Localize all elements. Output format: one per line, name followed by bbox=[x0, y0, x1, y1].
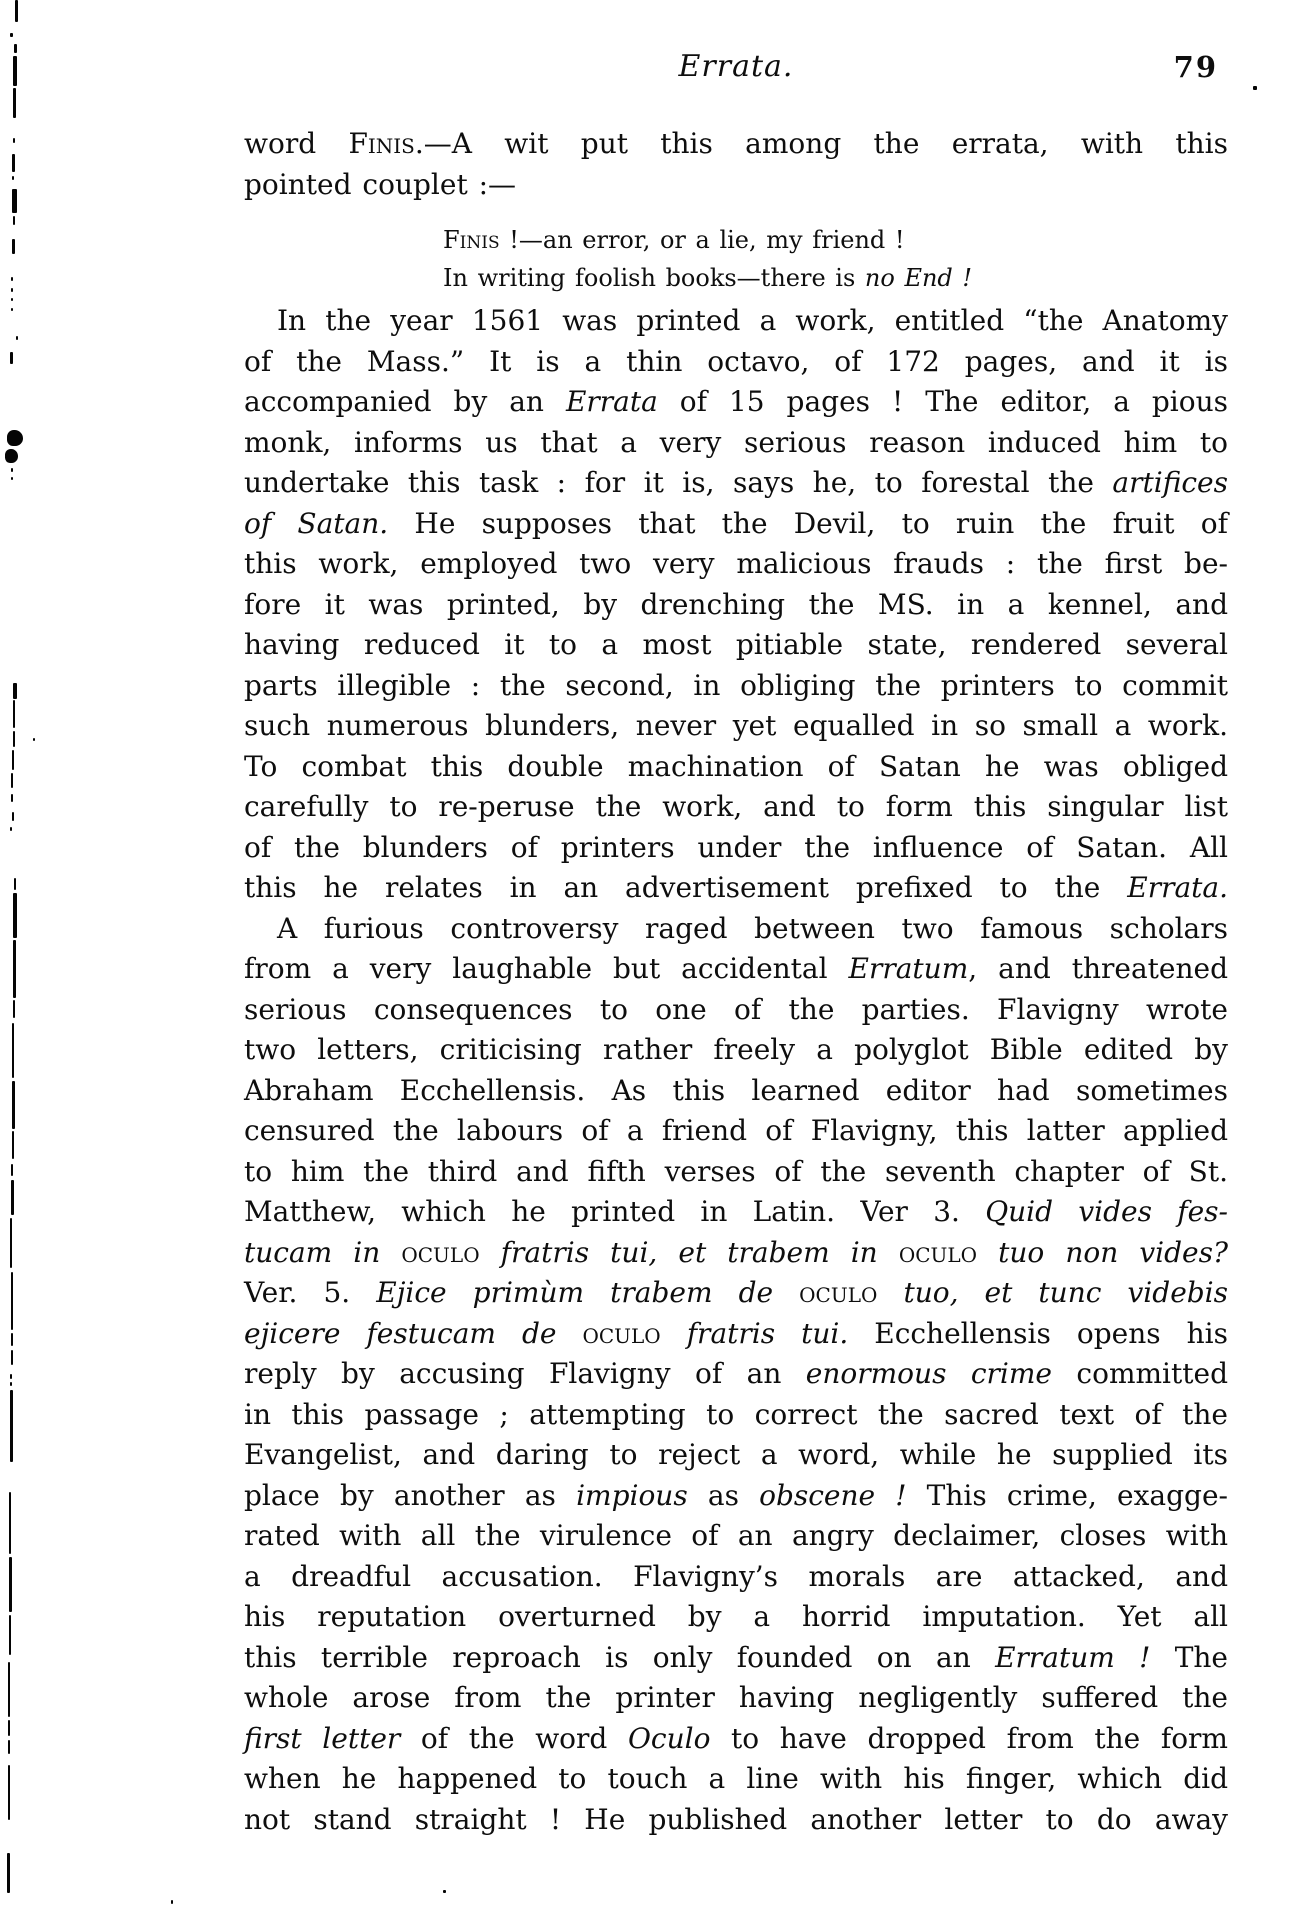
small-caps-run: oculo bbox=[582, 1317, 660, 1350]
scan-line-artifact bbox=[10, 1218, 12, 1268]
scan-line-artifact bbox=[13, 700, 15, 728]
text-line: when he happened to touch a line with hi… bbox=[244, 1759, 1228, 1800]
text-run: as bbox=[688, 1479, 759, 1512]
text-run: this work, employed two very malicious f… bbox=[244, 547, 1228, 580]
italic-run: first letter bbox=[244, 1722, 400, 1755]
text-run: Matthew, which he printed in Latin. Ver … bbox=[244, 1195, 985, 1228]
scan-line-artifact bbox=[12, 1131, 14, 1159]
text-run: to him the third and fifth verses of the… bbox=[244, 1155, 1228, 1188]
scan-line-artifact bbox=[443, 1890, 446, 1893]
scan-line-artifact bbox=[12, 1023, 14, 1078]
scan-line-artifact bbox=[13, 56, 17, 86]
scan-line-artifact bbox=[14, 44, 17, 53]
text-line: undertake this task : for it is, says he… bbox=[244, 463, 1228, 504]
italic-run: Erratum bbox=[849, 952, 969, 985]
ink-blot-artifact bbox=[7, 430, 23, 446]
scan-line-artifact bbox=[12, 812, 14, 821]
text-line: Finis !—an error, or a lie, my friend ! bbox=[443, 221, 1228, 259]
scan-line-artifact bbox=[11, 1272, 13, 1330]
text-line: having reduced it to a most pitiable sta… bbox=[244, 625, 1228, 666]
scan-line-artifact bbox=[11, 298, 13, 301]
text-line: accompanied by an Errata of 15 pages ! T… bbox=[244, 382, 1228, 423]
verse-block: Finis !—an error, or a lie, my friend !I… bbox=[443, 221, 1228, 297]
text-run: accompanied by an bbox=[244, 385, 566, 418]
scan-line-artifact bbox=[11, 288, 13, 292]
text-line: not stand straight ! He published anothe… bbox=[244, 1800, 1228, 1841]
text-run: this terrible reproach is only founded o… bbox=[244, 1641, 995, 1674]
text-line: serious consequences to one of the parti… bbox=[244, 990, 1228, 1031]
text-line: To combat this double machination of Sat… bbox=[244, 747, 1228, 788]
small-caps-run: oculo bbox=[799, 1276, 877, 1309]
text-line: parts illegible : the second, in obligin… bbox=[244, 666, 1228, 707]
text-run: In writing foolish books—there is bbox=[443, 264, 865, 292]
scan-line-artifact bbox=[13, 683, 17, 699]
text-run: carefully to re-peruse the work, and to … bbox=[244, 790, 1228, 823]
scan-line-artifact bbox=[12, 239, 15, 254]
scan-line-artifact bbox=[11, 308, 13, 311]
text-line: first letter of the word Oculo to have d… bbox=[244, 1719, 1228, 1760]
text-run: such numerous blunders, never yet equall… bbox=[244, 709, 1228, 742]
scan-line-artifact bbox=[12, 189, 17, 213]
scan-line-artifact bbox=[11, 1333, 13, 1346]
scan-line-artifact bbox=[10, 827, 12, 831]
scan-line-artifact bbox=[15, 0, 18, 22]
scan-line-artifact bbox=[13, 138, 15, 143]
text-run: a dreadful accusation. Flavigny’s morals… bbox=[244, 1560, 1228, 1593]
text-line: Ver. 5. Ejice primùm trabem de oculo tuo… bbox=[244, 1273, 1228, 1314]
scan-line-artifact bbox=[13, 940, 16, 998]
scan-line-artifact bbox=[171, 1900, 173, 1904]
text-run: A furious controversy raged between two … bbox=[277, 912, 1228, 945]
italic-run: tucam in bbox=[244, 1236, 401, 1269]
text-run: of 15 pages ! The editor, a pious bbox=[658, 385, 1228, 418]
scan-line-artifact bbox=[10, 33, 13, 37]
scan-line-artifact bbox=[13, 1000, 15, 1018]
text-line: rated with all the virulence of an angry… bbox=[244, 1516, 1228, 1557]
text-line: A furious controversy raged between two … bbox=[244, 909, 1228, 950]
scan-line-artifact bbox=[10, 1374, 12, 1379]
text-run: committed bbox=[1052, 1357, 1228, 1390]
text-run: in this passage ; attempting to correct … bbox=[244, 1398, 1228, 1431]
scan-line-artifact bbox=[11, 1180, 14, 1215]
text-line: in this passage ; attempting to correct … bbox=[244, 1395, 1228, 1436]
text-line: In the year 1561 was printed a work, ent… bbox=[244, 301, 1228, 342]
scan-line-artifact bbox=[33, 738, 35, 741]
text-run: when he happened to touch a line with hi… bbox=[244, 1762, 1228, 1795]
scan-line-artifact bbox=[8, 1662, 10, 1717]
scan-line-artifact bbox=[12, 750, 14, 770]
text-line: carefully to re-peruse the work, and to … bbox=[244, 787, 1228, 828]
text-run: to have dropped from the form bbox=[710, 1722, 1228, 1755]
italic-run: fratris tui. bbox=[661, 1317, 849, 1350]
page-number: 79 bbox=[1174, 48, 1218, 86]
scan-line-artifact bbox=[10, 1382, 12, 1386]
text-run: To combat this double machination of Sat… bbox=[244, 750, 1228, 783]
italic-run: ejicere festucam de bbox=[244, 1317, 582, 1350]
italic-run: fratris tui, et trabem in bbox=[480, 1236, 899, 1269]
small-caps-run: oculo bbox=[899, 1236, 977, 1269]
text-run: This crime, exagge- bbox=[907, 1479, 1228, 1512]
small-caps-run: oculo bbox=[401, 1236, 479, 1269]
text-line: his reputation overturned by a horrid im… bbox=[244, 1597, 1228, 1638]
scan-line-artifact bbox=[8, 1720, 10, 1736]
text-run: rated with all the virulence of an angry… bbox=[244, 1519, 1228, 1552]
italic-run: enormous crime bbox=[806, 1357, 1052, 1390]
book-page-scan: Errata. 79 word Finis.—A wit put this am… bbox=[0, 0, 1300, 1928]
text-run: monk, informs us that a very serious rea… bbox=[244, 426, 1228, 459]
scan-line-artifact bbox=[12, 1081, 15, 1129]
text-run: undertake this task : for it is, says he… bbox=[244, 466, 1112, 499]
scan-line-artifact bbox=[10, 352, 13, 364]
italic-run: impious bbox=[576, 1479, 688, 1512]
text-line: ejicere festucam de oculo fratris tui. E… bbox=[244, 1314, 1228, 1355]
text-run: pointed couplet :— bbox=[244, 168, 516, 201]
text-block: Errata. 79 word Finis.—A wit put this am… bbox=[244, 48, 1228, 1840]
scan-line-artifact bbox=[11, 1350, 13, 1365]
scan-line-artifact bbox=[11, 477, 13, 480]
scan-line-artifact bbox=[11, 277, 13, 281]
scan-line-artifact bbox=[9, 1492, 11, 1554]
text-run: censured the labours of a friend of Flav… bbox=[244, 1114, 1228, 1147]
text-line: two letters, criticising rather freely a… bbox=[244, 1030, 1228, 1071]
text-run: In the year 1561 was printed a work, ent… bbox=[277, 304, 1228, 337]
small-caps-run: Finis bbox=[348, 127, 414, 160]
scan-line-artifact bbox=[11, 1164, 13, 1176]
text-line: of the Mass.” It is a thin octavo, of 17… bbox=[244, 342, 1228, 383]
italic-run: Errata bbox=[566, 385, 658, 418]
body-text: word Finis.—A wit put this among the err… bbox=[244, 124, 1228, 1840]
text-line: censured the labours of a friend of Flav… bbox=[244, 1111, 1228, 1152]
scan-line-artifact bbox=[13, 216, 15, 225]
scan-line-artifact bbox=[8, 1765, 10, 1820]
paragraph-block: A furious controversy raged between two … bbox=[244, 909, 1228, 1841]
text-line: this he relates in an advertisement pref… bbox=[244, 868, 1228, 909]
text-run: from a very laughable but accidental bbox=[244, 952, 849, 985]
text-run: He supposes that the Devil, to ruin the … bbox=[388, 507, 1228, 540]
running-head: Errata. 79 bbox=[244, 48, 1228, 86]
text-run: , and threatened bbox=[968, 952, 1228, 985]
text-line: word Finis.—A wit put this among the err… bbox=[244, 124, 1228, 165]
text-line: fore it was printed, by drenching the MS… bbox=[244, 585, 1228, 626]
text-run: Ecchellensis opens his bbox=[848, 1317, 1228, 1350]
text-line: Matthew, which he printed in Latin. Ver … bbox=[244, 1192, 1228, 1233]
text-run: Ver. 5. bbox=[244, 1276, 376, 1309]
paragraph-block: word Finis.—A wit put this among the err… bbox=[244, 124, 1228, 205]
text-run: this he relates in an advertisement pref… bbox=[244, 871, 1127, 904]
text-line: tucam in oculo fratris tui, et trabem in… bbox=[244, 1233, 1228, 1274]
italic-run: tuo non vides? bbox=[977, 1236, 1228, 1269]
scan-line-artifact bbox=[11, 794, 13, 802]
text-line: a dreadful accusation. Flavigny’s morals… bbox=[244, 1557, 1228, 1598]
text-line: such numerous blunders, never yet equall… bbox=[244, 706, 1228, 747]
scan-line-artifact bbox=[7, 1853, 10, 1893]
italic-run: no End ! bbox=[865, 264, 972, 292]
text-run: !—an error, or a lie, my friend ! bbox=[500, 226, 905, 254]
italic-run: tuo, et tunc videbis bbox=[877, 1276, 1228, 1309]
text-line: pointed couplet :— bbox=[244, 165, 1228, 206]
text-line: monk, informs us that a very serious rea… bbox=[244, 423, 1228, 464]
text-line: of the blunders of printers under the in… bbox=[244, 828, 1228, 869]
paragraph-block: In the year 1561 was printed a work, ent… bbox=[244, 301, 1228, 909]
scan-line-artifact bbox=[13, 731, 15, 747]
text-line: from a very laughable but accidental Err… bbox=[244, 949, 1228, 990]
scan-line-artifact bbox=[13, 893, 17, 938]
text-run: having reduced it to a most pitiable sta… bbox=[244, 628, 1228, 661]
text-run: his reputation overturned by a horrid im… bbox=[244, 1600, 1228, 1633]
scan-line-artifact bbox=[13, 88, 16, 118]
text-run: reply by accusing Flavigny of an bbox=[244, 1357, 806, 1390]
ink-blot-artifact bbox=[5, 449, 18, 463]
scan-line-artifact bbox=[14, 878, 16, 890]
small-caps-run: Finis bbox=[443, 226, 500, 254]
italic-run: of Satan. bbox=[244, 507, 388, 540]
text-line: reply by accusing Flavigny of an enormou… bbox=[244, 1354, 1228, 1395]
italic-run: Quid vides fes- bbox=[985, 1195, 1228, 1228]
text-line: this terrible reproach is only founded o… bbox=[244, 1638, 1228, 1679]
italic-run: artifices bbox=[1112, 466, 1228, 499]
text-run: fore it was printed, by drenching the MS… bbox=[244, 588, 1228, 621]
text-line: this work, employed two very malicious f… bbox=[244, 544, 1228, 585]
italic-run: Ejice primùm trabem de bbox=[376, 1276, 799, 1309]
italic-run: obscene ! bbox=[759, 1479, 906, 1512]
scan-line-artifact bbox=[1253, 86, 1257, 90]
text-line: Abraham Ecchellensis. As this learned ed… bbox=[244, 1071, 1228, 1112]
text-run: of the blunders of printers under the in… bbox=[244, 831, 1228, 864]
text-line: In writing foolish books—there is no End… bbox=[443, 259, 1228, 297]
text-run: place by another as bbox=[244, 1479, 576, 1512]
text-line: of Satan. He supposes that the Devil, to… bbox=[244, 504, 1228, 545]
scan-line-artifact bbox=[11, 773, 13, 788]
scan-line-artifact bbox=[11, 468, 13, 472]
text-line: whole arose from the printer having negl… bbox=[244, 1678, 1228, 1719]
scan-line-artifact bbox=[9, 1557, 12, 1612]
text-run: not stand straight ! He published anothe… bbox=[244, 1803, 1228, 1836]
text-run: word bbox=[244, 127, 348, 160]
text-run: The bbox=[1150, 1641, 1228, 1674]
text-run: of the Mass.” It is a thin octavo, of 17… bbox=[244, 345, 1228, 378]
text-line: to him the third and fifth verses of the… bbox=[244, 1152, 1228, 1193]
scan-line-artifact bbox=[9, 1615, 11, 1655]
text-run: Abraham Ecchellensis. As this learned ed… bbox=[244, 1074, 1228, 1107]
text-run: parts illegible : the second, in obligin… bbox=[244, 669, 1228, 702]
text-run: serious consequences to one of the parti… bbox=[244, 993, 1228, 1026]
scan-line-artifact bbox=[8, 1740, 10, 1754]
scan-line-artifact bbox=[10, 1390, 13, 1462]
text-run: Evangelist, and daring to reject a word,… bbox=[244, 1438, 1228, 1471]
italic-run: Oculo bbox=[628, 1722, 710, 1755]
text-run: two letters, criticising rather freely a… bbox=[244, 1033, 1228, 1066]
text-run: of the word bbox=[400, 1722, 628, 1755]
scan-line-artifact bbox=[16, 336, 18, 340]
running-head-title: Errata. bbox=[244, 48, 1228, 86]
scan-line-artifact bbox=[12, 176, 14, 180]
italic-run: Errata. bbox=[1127, 871, 1228, 904]
scan-line-artifact bbox=[12, 154, 15, 172]
text-line: place by another as impious as obscene !… bbox=[244, 1476, 1228, 1517]
italic-run: Erratum ! bbox=[995, 1641, 1150, 1674]
text-line: Evangelist, and daring to reject a word,… bbox=[244, 1435, 1228, 1476]
text-run: whole arose from the printer having negl… bbox=[244, 1681, 1228, 1714]
text-run: .—A wit put this among the errata, with … bbox=[415, 127, 1228, 160]
